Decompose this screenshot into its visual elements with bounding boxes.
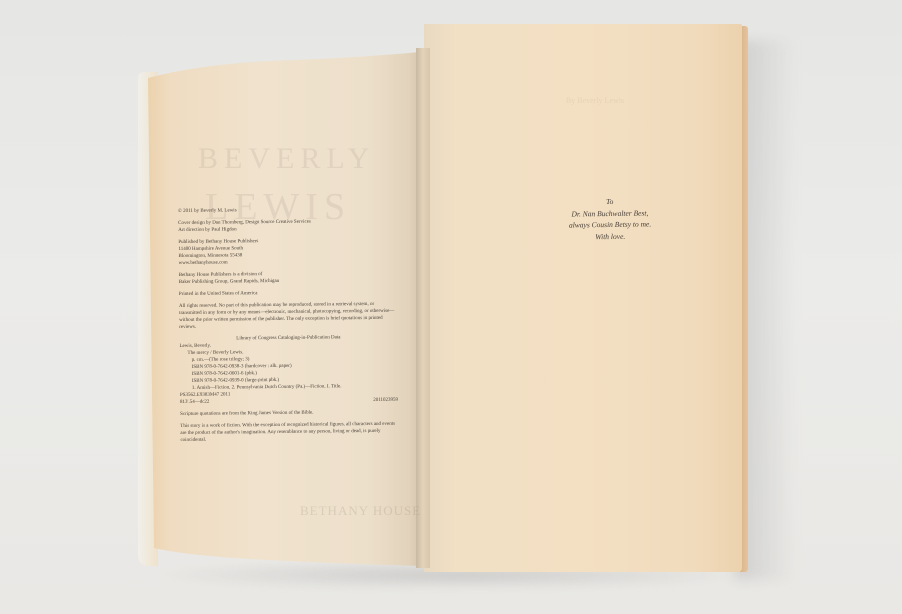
right-page	[424, 24, 742, 572]
book-spine-gutter	[416, 48, 430, 568]
dedication: To Dr. Nan Buchwalter Best, always Cousi…	[530, 195, 691, 243]
bleed-through-publisher: BETHANY HOUSE	[300, 503, 421, 519]
bleed-through-right-header: By Beverly Lewis	[470, 96, 720, 105]
cip-dewey: 813'.54—dc22	[180, 399, 209, 406]
rights-reserved: All rights reserved. No part of this pub…	[179, 301, 397, 331]
publisher-website: www.bethanyhouse.com	[179, 258, 397, 267]
scripture-notice: Scripture quotations are from the King J…	[180, 409, 398, 418]
bleed-through-author-first: BEVERLY	[198, 142, 375, 176]
art-direction-credit: Art direction by Paul Higdon	[178, 225, 396, 234]
fiction-notice: This story is a work of fiction. With th…	[180, 421, 398, 444]
copyright-page-text: © 2011 by Beverly M. Lewis Cover design …	[178, 206, 399, 449]
copyright-line: © 2011 by Beverly M. Lewis	[178, 206, 396, 215]
division-line-2: Baker Publishing Group, Grand Rapids, Mi…	[179, 277, 397, 286]
printed-in: Printed in the United States of America	[179, 289, 397, 298]
cip-lccn: 2011023959	[373, 397, 398, 404]
dedication-closing: With love.	[530, 229, 690, 243]
